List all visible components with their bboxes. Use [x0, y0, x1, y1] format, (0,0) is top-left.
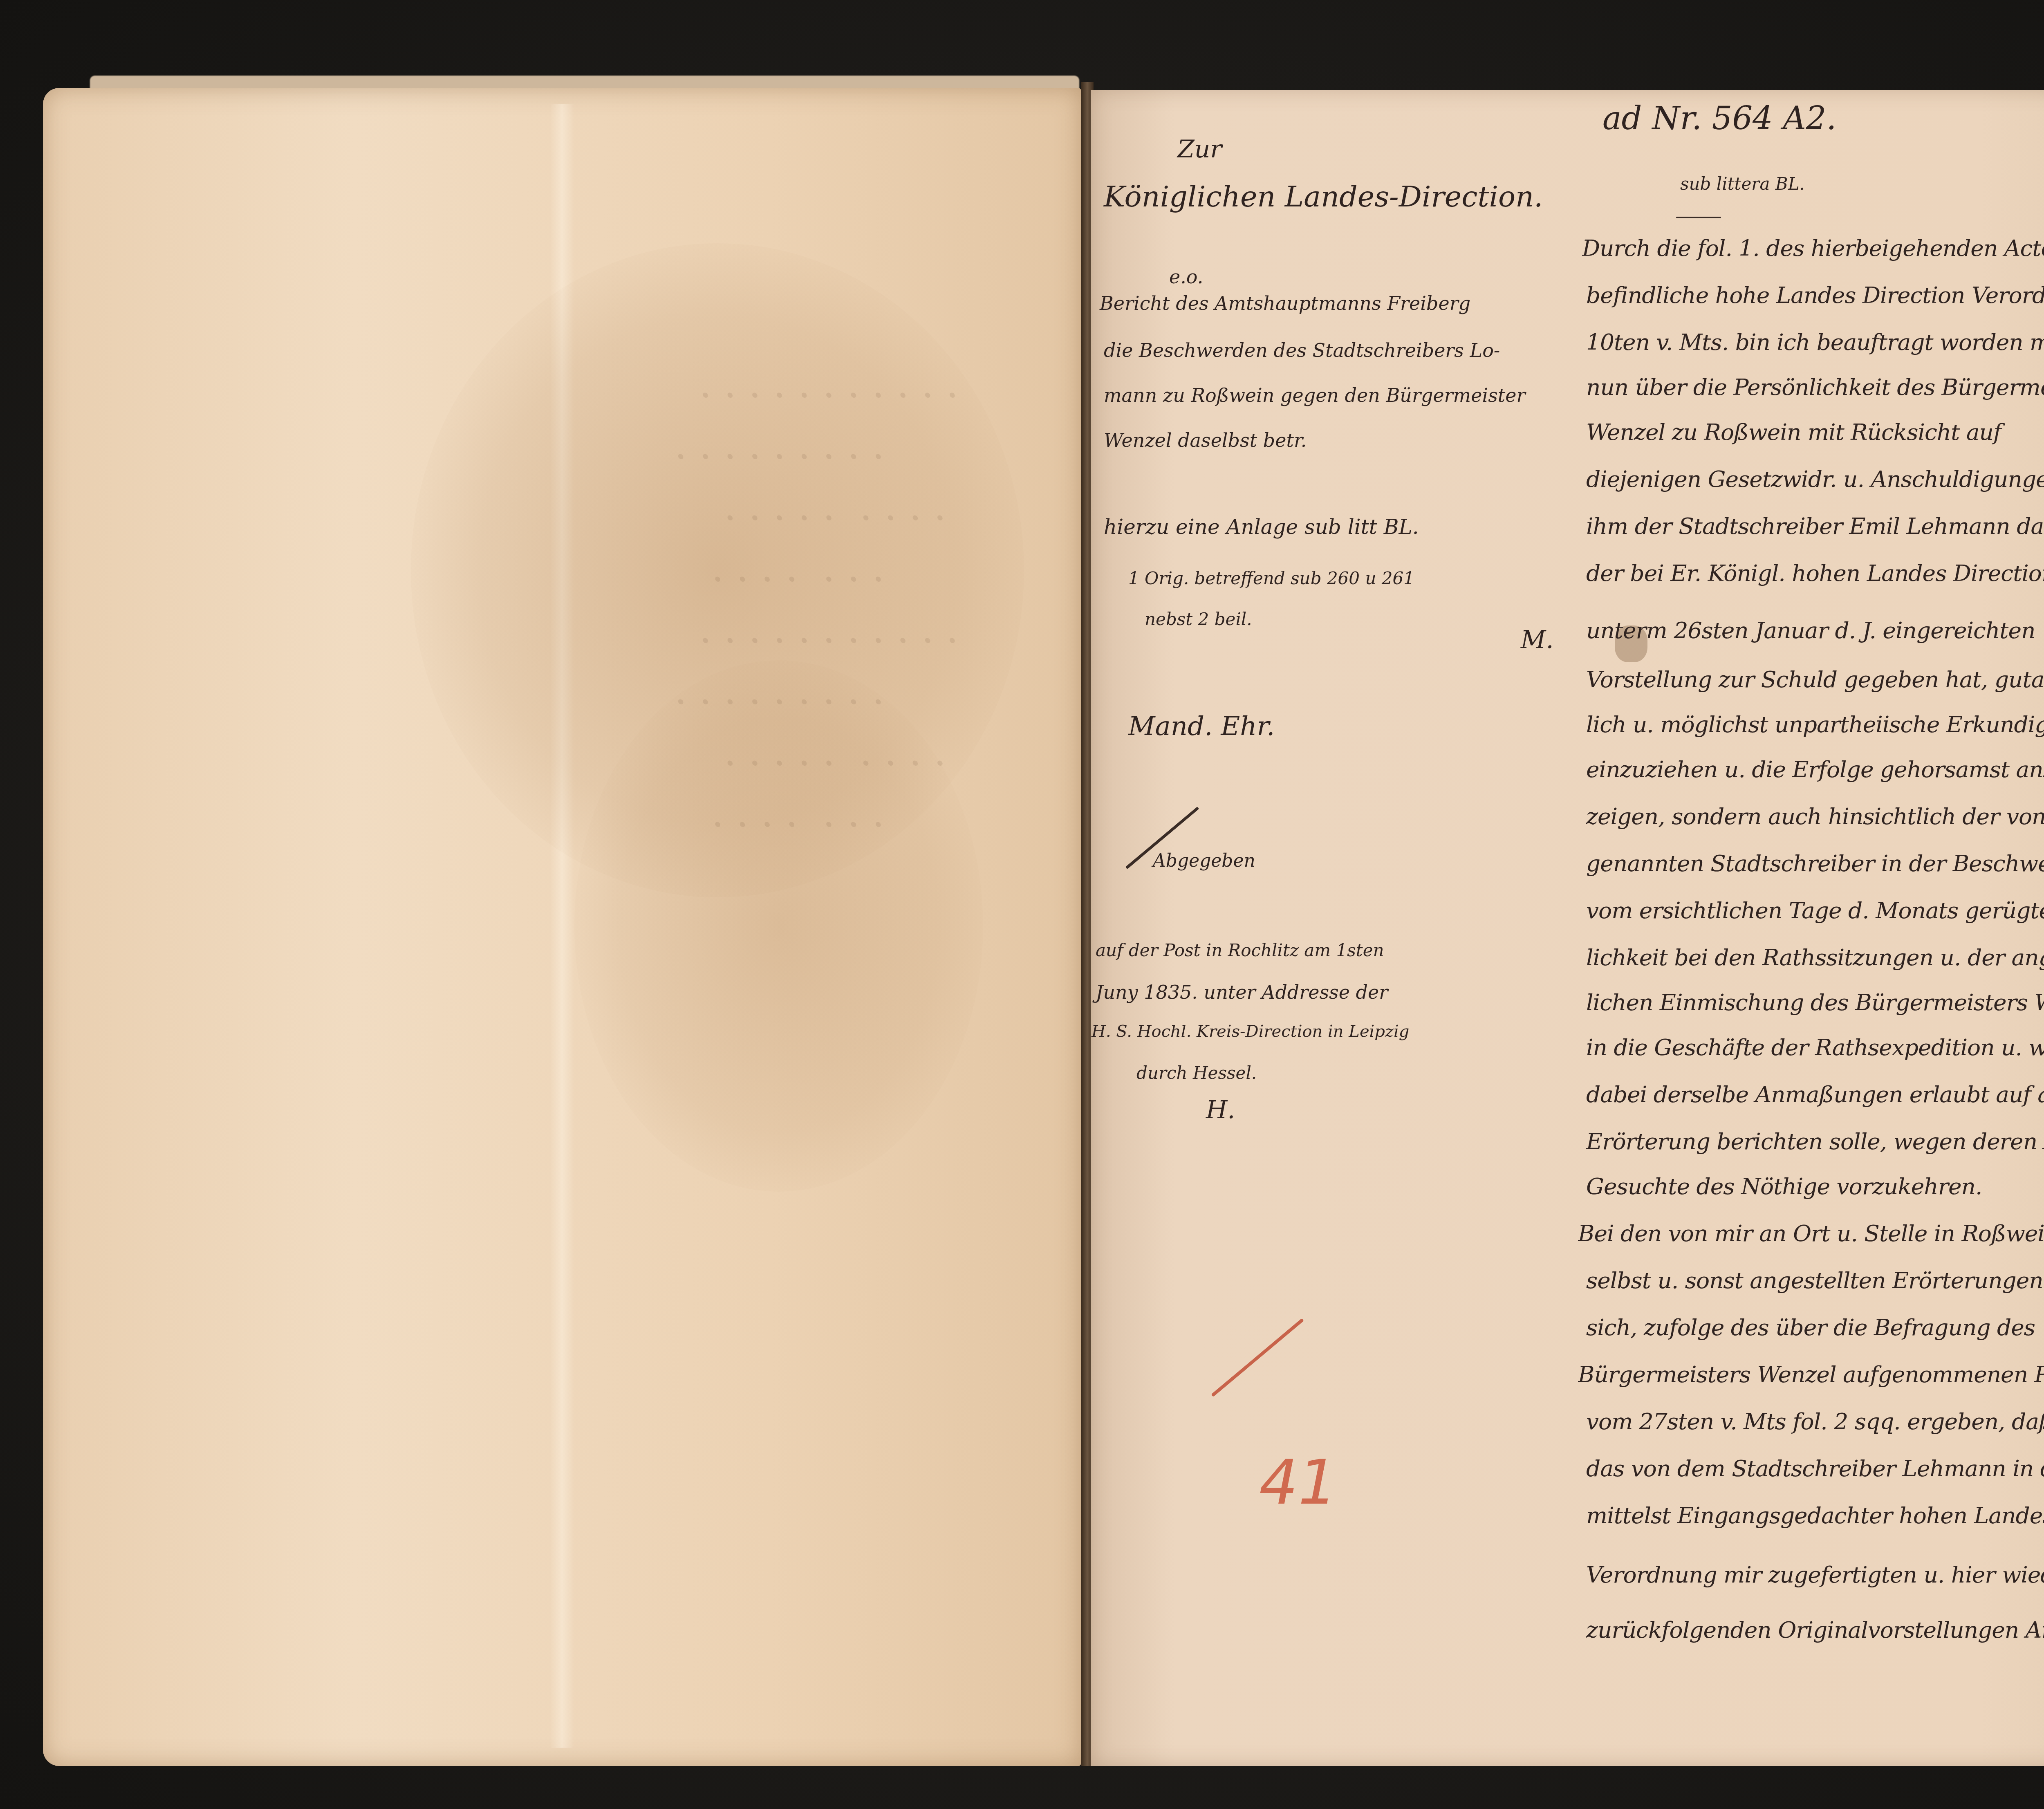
dispatch-line: durch Hessel. [1136, 1063, 1257, 1083]
dispatch-line: Juny 1835. unter Addresse der [1096, 981, 1388, 1003]
body-line: vom 27sten v. Mts fol. 2 sqq. ergeben, d… [1586, 1408, 2044, 1435]
body-line: in die Geschäfte der Rathsexpedition u. … [1586, 1034, 2044, 1060]
body-line: zeigen, sondern auch hinsichtlich der vo… [1586, 803, 2044, 829]
file-reference: ad Nr. 564 A2. [1602, 100, 1836, 137]
body-line: Bei den von mir an Ort u. Stelle in Roßw… [1578, 1220, 2044, 1246]
body-line: mittelst Eingangsgedachter hohen Landes … [1586, 1502, 2044, 1529]
body-line: Gesuchte des Nöthige vorzukehren. [1586, 1173, 2044, 1199]
body-line: dabei derselbe Anmaßungen erlaubt auf an… [1586, 1081, 2044, 1107]
body-line: 10ten v. Mts. bin ich beauftragt worden … [1586, 329, 2044, 355]
body-line: nun über die Persönlichkeit des Bürgerme… [1586, 374, 2044, 400]
body-line: befindliche hohe Landes Direction Verord… [1586, 282, 2044, 308]
body-line: zurückfolgenden Originalvorstellungen An… [1586, 1617, 2044, 1643]
body-line: genannten Stadtschreiber in der Beschwer… [1586, 850, 2044, 876]
red-pencil-number: 41 [1259, 1447, 1337, 1518]
body-line: sich, zufolge des über die Befragung des [1586, 1314, 2044, 1340]
body-line: Wenzel zu Roßwein mit Rücksicht auf [1586, 419, 2044, 445]
subject-line: die Beschwerden des Stadtschreibers Lo- [1104, 339, 1500, 361]
subject-line: Bericht des Amtshauptmanns Freiberg [1100, 292, 1470, 314]
body-line: Erörterung berichten solle, wegen deren … [1586, 1128, 2044, 1154]
body-line: einzuziehen u. die Erfolge gehorsamst an… [1586, 756, 2044, 782]
margin-mark: M. [1521, 625, 1554, 654]
body-heading: sub littera BL. [1680, 174, 1805, 194]
address-prefix: Zur [1177, 135, 1222, 164]
enclosure-line: hierzu eine Anlage sub litt BL. [1104, 515, 1419, 539]
body-line: lichkeit bei den Rathssitzungen u. der a… [1586, 944, 2044, 971]
dispatch-line: H. S. Hochl. Kreis-Direction in Leipzig [1091, 1022, 1409, 1041]
dispatch-initials: H. [1206, 1096, 1235, 1124]
body-line: lich u. möglichst unpartheiische Erkundi… [1586, 711, 2044, 737]
subject-line: Wenzel daselbst betr. [1104, 429, 1307, 451]
body-line: Durch die fol. 1. des hierbeigehenden Ac… [1582, 235, 2044, 261]
body-line: lichen Einmischung des Bürgermeisters We… [1586, 989, 2044, 1015]
body-line: ihm der Stadtschreiber Emil Lehmann dase… [1586, 513, 2044, 539]
enclosure-line: nebst 2 beil. [1145, 609, 1252, 629]
subject-line: mann zu Roßwein gegen den Bürgermeister [1104, 384, 1525, 406]
body-line: Bürgermeisters Wenzel aufgenommenen Prot… [1578, 1361, 2044, 1388]
body-line: Verordnung mir zugefertigten u. hier wie… [1586, 1562, 2044, 1588]
body-line: selbst u. sonst angestellten Erörterunge… [1586, 1267, 2044, 1293]
body-line: Vorstellung zur Schuld gegeben hat, guta… [1586, 666, 2044, 693]
body-line: vom ersichtlichen Tage d. Monats gerügte… [1586, 897, 2044, 924]
body-line: diejenigen Gesetzwidr. u. Anschuldigunge… [1586, 466, 2044, 492]
dispatch-line: Abgegeben [1153, 850, 1255, 871]
heading-underline [1676, 217, 1721, 218]
signature-mark: Mand. Ehr. [1128, 711, 1275, 742]
bleed-through-text: . . . . . . . . . . . . . . . . . . . . … [125, 538, 983, 844]
dispatch-line: auf der Post in Rochlitz am 1sten [1096, 940, 1384, 960]
body-line: das von dem Stadtschreiber Lehmann in de… [1586, 1455, 2044, 1482]
address-eo: e.o. [1169, 266, 1203, 288]
address-line: Königlichen Landes-Direction. [1104, 180, 1543, 213]
enclosure-line: 1 Orig. betreffend sub 260 u 261 [1128, 568, 1414, 588]
left-page: . . . . . . . . . . . . . . . . . . . . … [43, 88, 1081, 1766]
body-line: der bei Er. Königl. hohen Landes Directi… [1586, 560, 2044, 586]
body-line: unterm 26sten Januar d. J. eingereichten [1586, 617, 2044, 643]
